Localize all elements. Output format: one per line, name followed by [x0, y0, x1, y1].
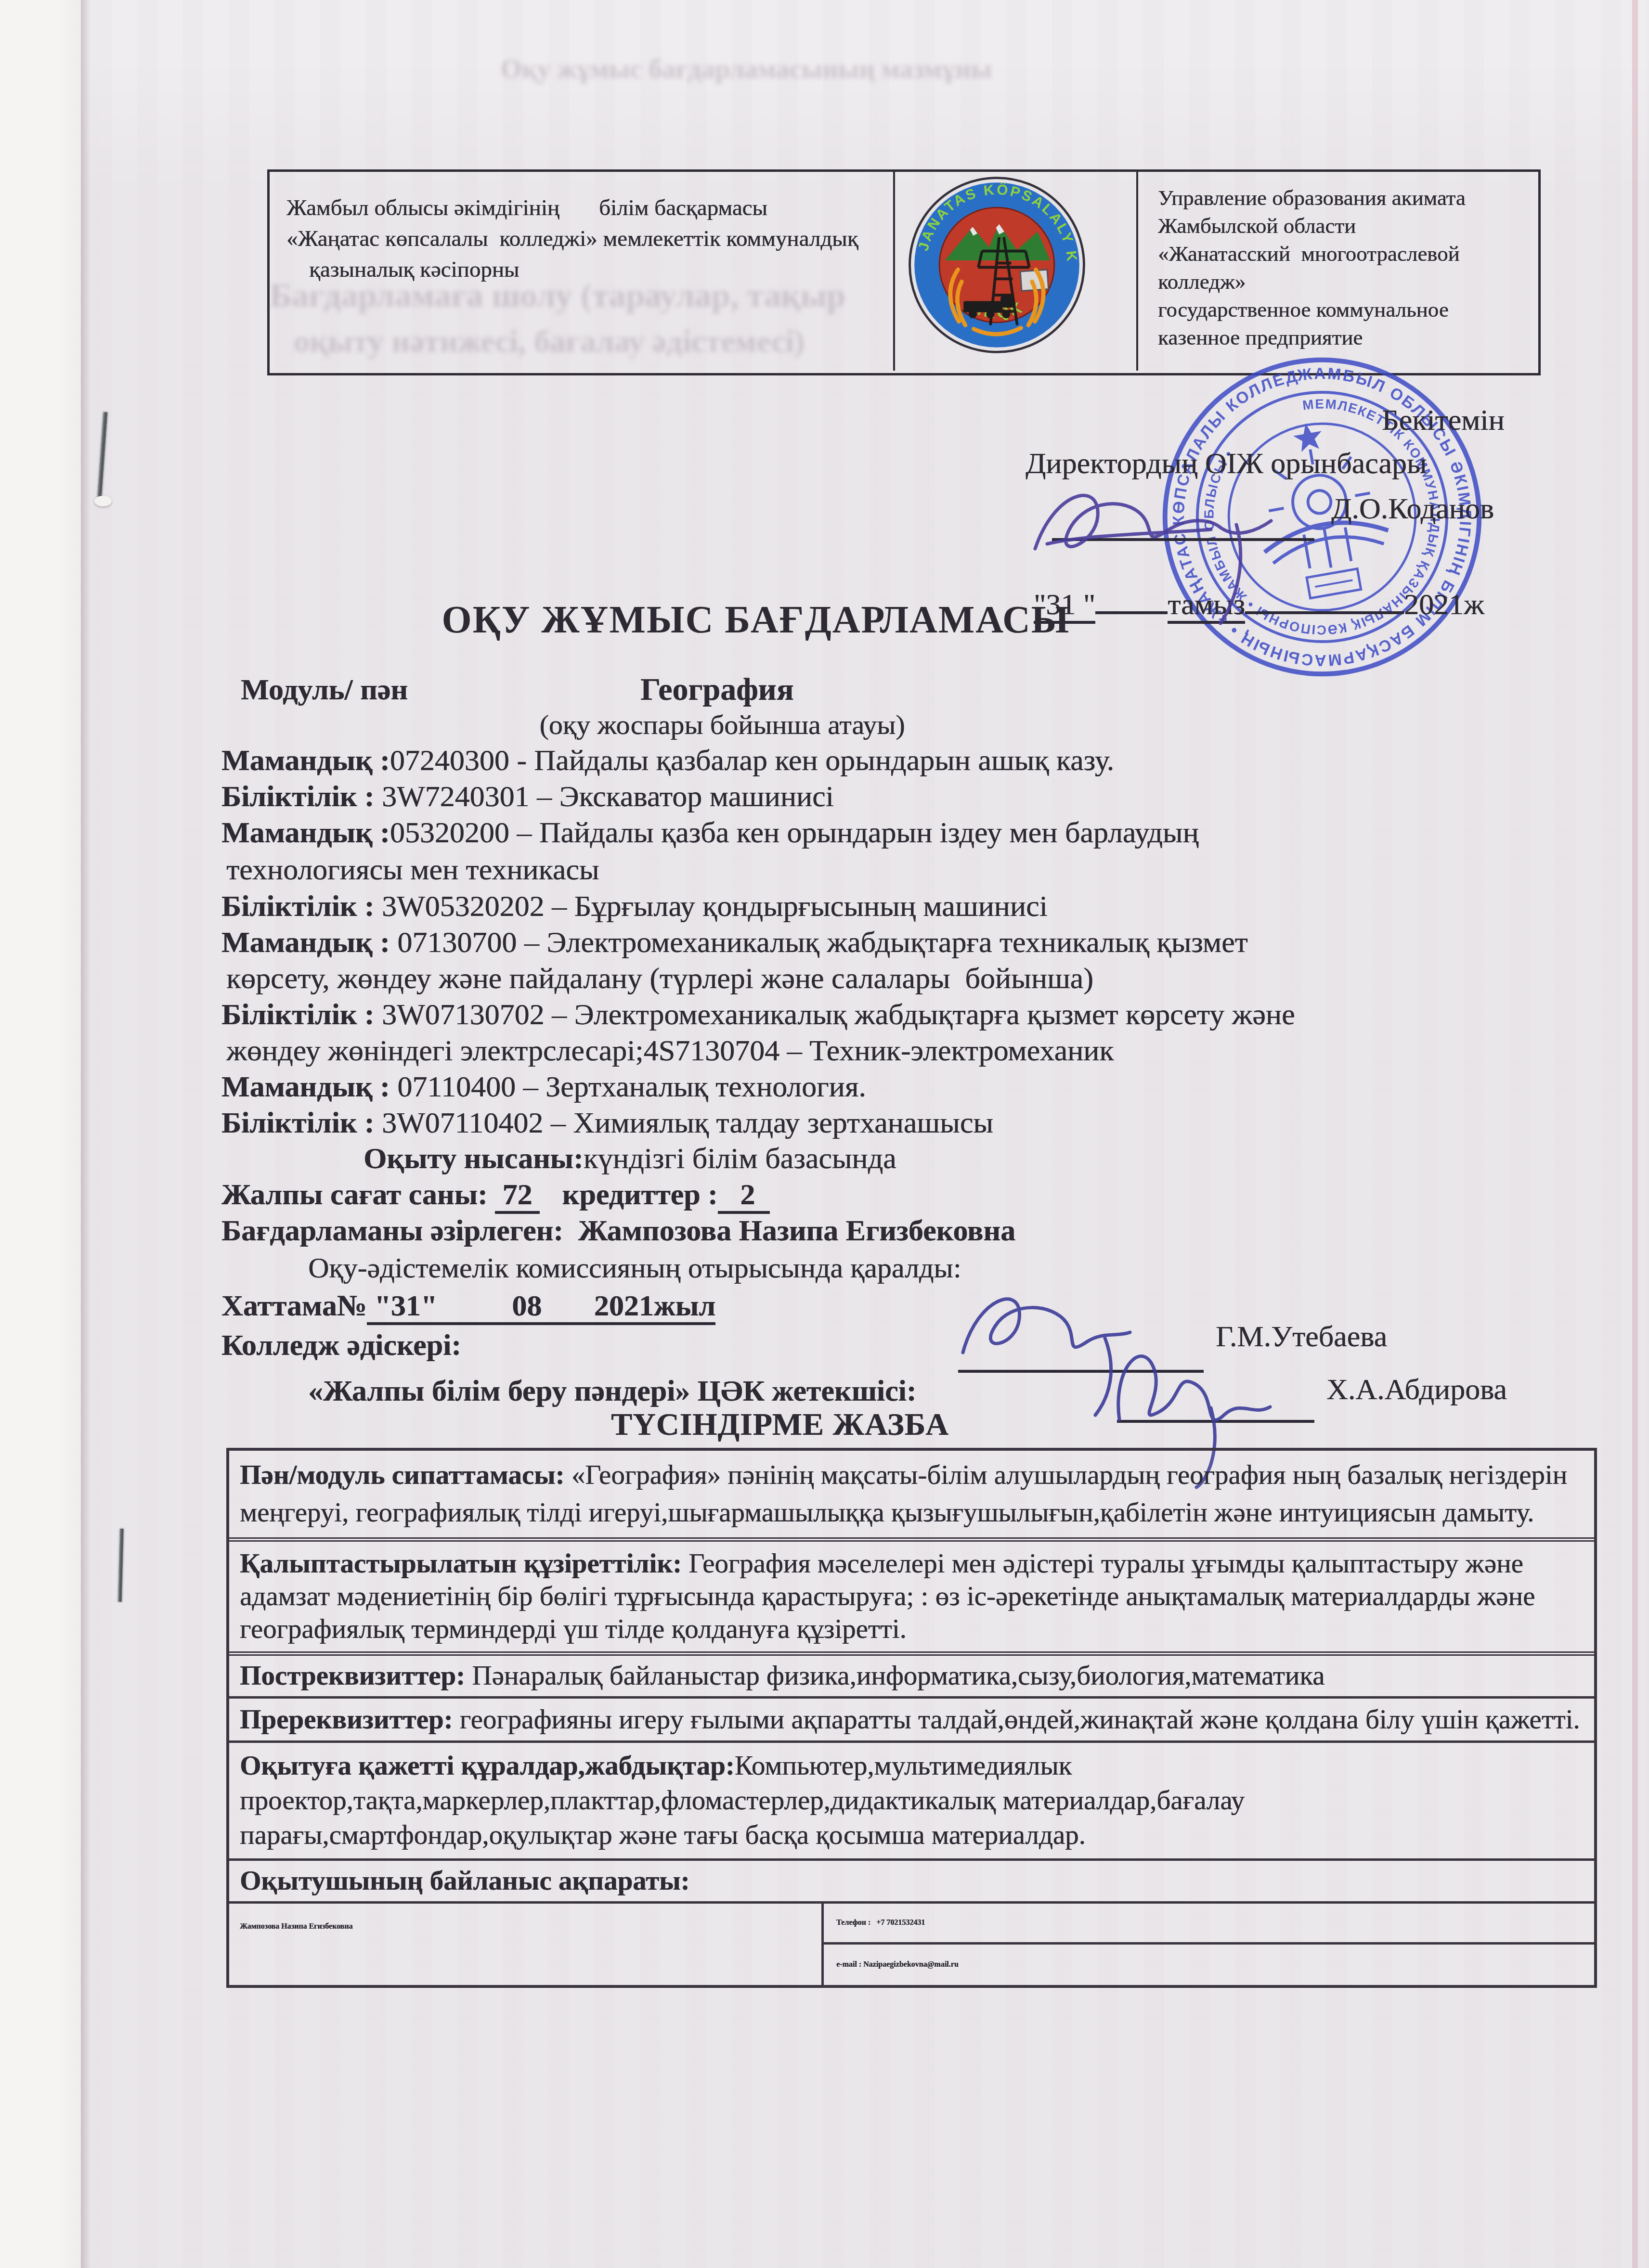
- specialty-line-4: Мамандық : 07110400 – Зертханалық технол…: [221, 1070, 866, 1104]
- developer-name: Жампозова Назипа Егизбековна: [563, 1214, 1015, 1247]
- credits-label: кредиттер :: [562, 1178, 718, 1211]
- qual-3b-text: жөндеу жөніндегі электрслесарі;4S7130704…: [226, 1034, 1114, 1067]
- cak-name: Х.А.Абдирова: [1326, 1373, 1507, 1407]
- hours-value: 72: [495, 1178, 540, 1214]
- qual-3-label: Біліктілік :: [221, 998, 382, 1031]
- qual-4-text: 3W07110402 – Химиялық талдау зертханашыс…: [382, 1107, 993, 1139]
- specialty-line-2b: технологиясы мен техникасы: [226, 853, 599, 887]
- staple-top-hole: [94, 496, 112, 506]
- specialty-line-3b: көрсету, жөндеу және пайдалану (түрлері …: [226, 962, 1093, 996]
- staple-bottom: [118, 1529, 124, 1602]
- paper-right-edge-line: [1632, 0, 1638, 2268]
- protocol-line: Хаттама№ "31" 08 2021жыл: [221, 1289, 715, 1323]
- approver-name: Д.О.Коданов: [1331, 492, 1494, 526]
- module-value: География: [640, 671, 793, 708]
- header-divider-left: [893, 169, 895, 371]
- table-row-contact: Жампозова Назипа Егизбековна Телефон : +…: [229, 1901, 1594, 1985]
- paper-left-edge-shadow: [81, 0, 91, 2268]
- protocol-label: Хаттама№: [221, 1289, 367, 1322]
- commission-note: Оқу-әдістемелік комиссияның отырысында қ…: [308, 1251, 961, 1285]
- specialty-3-text: 07130700 – Электромеханикалық жабдықтарғ…: [397, 926, 1247, 959]
- specialty-2-label: Мамандық :: [221, 816, 390, 849]
- cak-label: «Жалпы білім беру пәндері» ЦӘК жетекшісі…: [308, 1374, 916, 1408]
- specialty-4-text: 07110400 – Зертханалық технология.: [397, 1070, 866, 1103]
- specialty-1-text: 07240300 - Пайдалы қазбалар кен орындары…: [390, 744, 1114, 777]
- specialty-line-1: Мамандық :07240300 - Пайдалы қазбалар ке…: [221, 744, 1114, 778]
- hours-line: Жалпы сағат саны: 72 кредиттер : 2: [221, 1178, 770, 1212]
- study-form-value: күндізгі білім базасында: [584, 1142, 896, 1175]
- specialty-2b-text: технологиясы мен техникасы: [226, 853, 599, 886]
- phone-label: Телефон :: [836, 1919, 870, 1927]
- qualification-line-3b: жөндеу жөніндегі электрслесарі;4S7130704…: [226, 1034, 1114, 1068]
- email-label: e-mail :: [836, 1960, 861, 1969]
- table-row-description: Пән/модуль сипаттамасы: «География» пәні…: [229, 1451, 1594, 1537]
- qual-2-text: 3W05320202 – Бұрғылау қондырғысының маши…: [382, 890, 1048, 923]
- qualification-line-1: Біліктілік : 3W7240301 – Экскаватор маши…: [221, 780, 834, 814]
- credits-value: 2: [718, 1178, 770, 1214]
- row3-label: Постреквизиттер:: [240, 1661, 472, 1691]
- org-kk-line3: қазыналық кәсіпорны: [286, 254, 888, 285]
- explanatory-title: ТҮСІНДІРМЕ ЖАЗБА: [274, 1406, 1285, 1443]
- specialty-4-label: Мамандық :: [221, 1070, 397, 1103]
- cak-label-text: «Жалпы білім беру пәндері» ЦӘК жетекшісі…: [308, 1375, 916, 1407]
- org-kk-line1: Жамбыл облысы әкімдігінің білім басқарма…: [286, 193, 888, 223]
- approval-year: 2021ж: [1404, 588, 1484, 621]
- qualification-line-3: Біліктілік : 3W07130702 – Электромеханик…: [221, 998, 1295, 1032]
- org-ru-line6: казенное предприятие: [1158, 323, 1543, 351]
- page-title: ОҚУ ЖҰМЫС БАҒДАРЛАМАСЫ: [274, 598, 1237, 642]
- row4-text: географияны игеру ғылыми ақпаратты талда…: [460, 1704, 1580, 1735]
- qualification-line-2: Біліктілік : 3W05320202 – Бұрғылау қонды…: [221, 889, 1048, 924]
- specialty-2-text: 05320200 – Пайдалы қазба кен орындарын і…: [390, 816, 1199, 849]
- college-logo-icon: JANATAS KÖPSALALY KOLEJI MKQK: [904, 172, 1090, 358]
- table-row-prerequisites: Пререквизиттер: географияны игеру ғылыми…: [229, 1696, 1594, 1740]
- org-kk-line2: «Жаңатас көпсалалы колледжі» мемлекеттік…: [286, 223, 888, 254]
- row6-label: Оқытушының байланыс ақпараты:: [240, 1866, 690, 1896]
- row5-label: Оқытуға қажетті құралдар,жабдықтар:: [240, 1751, 735, 1781]
- ghost-header-text: Оқу жұмыс бағдарламасының мазмұны: [501, 54, 992, 85]
- contact-phone-row: Телефон : +7 7021532431: [824, 1904, 1594, 1945]
- qual-1-label: Біліктілік :: [221, 780, 382, 813]
- org-ru-line1: Управление образования акимата: [1158, 184, 1543, 212]
- header-divider-right: [1136, 169, 1138, 371]
- qualification-line-4: Біліктілік : 3W07110402 – Химиялық талда…: [221, 1106, 993, 1140]
- developer-line: Бағдарламаны әзірлеген: Жампозова Назипа…: [221, 1214, 1015, 1248]
- qual-1-text: 3W7240301 – Экскаватор машинисі: [382, 780, 834, 813]
- staple-top: [97, 412, 107, 503]
- table-row-equipment: Оқытуға қажетті құралдар,жабдықтар:Компь…: [229, 1740, 1594, 1858]
- org-ru-line4: колледж»: [1158, 268, 1543, 296]
- org-ru-line3: «Жанатасский многоотраслевой: [1158, 240, 1543, 268]
- qual-3-text: 3W07130702 – Электромеханикалық жабдықта…: [382, 998, 1295, 1031]
- approve-label: Бекітемін: [1382, 403, 1505, 438]
- methodist-label: Колледж әдіскері:: [221, 1328, 461, 1363]
- specialty-3-label: Мамандық :: [221, 926, 397, 959]
- specialty-3b-text: көрсету, жөндеу және пайдалану (түрлері …: [226, 962, 1093, 995]
- specialty-line-2: Мамандық :05320200 – Пайдалы қазба кен о…: [221, 816, 1199, 850]
- table-row-competence: Қалыптастырылатын құзіреттілік: Географи…: [229, 1537, 1594, 1651]
- contact-email-row: e-mail : Nazipaegizbekovna@mail.ru: [824, 1945, 1594, 1985]
- row3-text: Пәнаралық байланыстар физика,информатика…: [472, 1661, 1324, 1691]
- specialty-1-label: Мамандық :: [221, 744, 390, 777]
- study-form-line: Оқыту нысаны:күндізгі білім базасында: [364, 1142, 896, 1176]
- phone-value: +7 7021532431: [870, 1919, 925, 1927]
- protocol-value: "31" 08 2021жыл: [367, 1289, 715, 1325]
- org-ru-line5: государственное коммунальное: [1158, 296, 1543, 323]
- table-row-postrequisites: Постреквизиттер: Пәнаралық байланыстар ф…: [229, 1651, 1594, 1696]
- email-value: Nazipaegizbekovna@mail.ru: [861, 1960, 959, 1969]
- table-row-contact-header: Оқытушының байланыс ақпараты:: [229, 1858, 1594, 1901]
- hours-label: Жалпы сағат саны:: [221, 1178, 488, 1211]
- specialty-line-3: Мамандық : 07130700 – Электромеханикалық…: [221, 926, 1248, 960]
- scanned-document-page: Оқу жұмыс бағдарламасының мазмұны Бағдар…: [0, 0, 1649, 2268]
- study-form-label: Оқыту нысаны:: [364, 1142, 584, 1175]
- module-label: Модуль/ пән: [241, 673, 408, 707]
- row1-label: Пән/модуль сипаттамасы:: [240, 1460, 571, 1490]
- row2-label: Қалыптастырылатын құзіреттілік:: [240, 1548, 688, 1579]
- org-ru-line2: Жамбылской области: [1158, 212, 1543, 240]
- module-note: (оқу жоспары бойынша атауы): [433, 709, 1011, 741]
- scan-left-margin: [0, 0, 81, 2268]
- contact-teacher-name: Жампозова Назипа Егизбековна: [229, 1904, 821, 1985]
- org-name-kazakh: Жамбыл облысы әкімдігінің білім басқарма…: [286, 193, 888, 285]
- contact-details: Телефон : +7 7021532431 e-mail : Nazipae…: [821, 1904, 1594, 1985]
- explanatory-table: Пән/модуль сипаттамасы: «География» пәні…: [226, 1448, 1597, 1988]
- qual-2-label: Біліктілік :: [221, 890, 382, 923]
- row4-label: Пререквизиттер:: [240, 1704, 460, 1735]
- developer-label: Бағдарламаны әзірлеген:: [221, 1214, 563, 1247]
- qual-4-label: Біліктілік :: [221, 1107, 382, 1139]
- org-name-russian: Управление образования акимата Жамбылско…: [1158, 184, 1543, 351]
